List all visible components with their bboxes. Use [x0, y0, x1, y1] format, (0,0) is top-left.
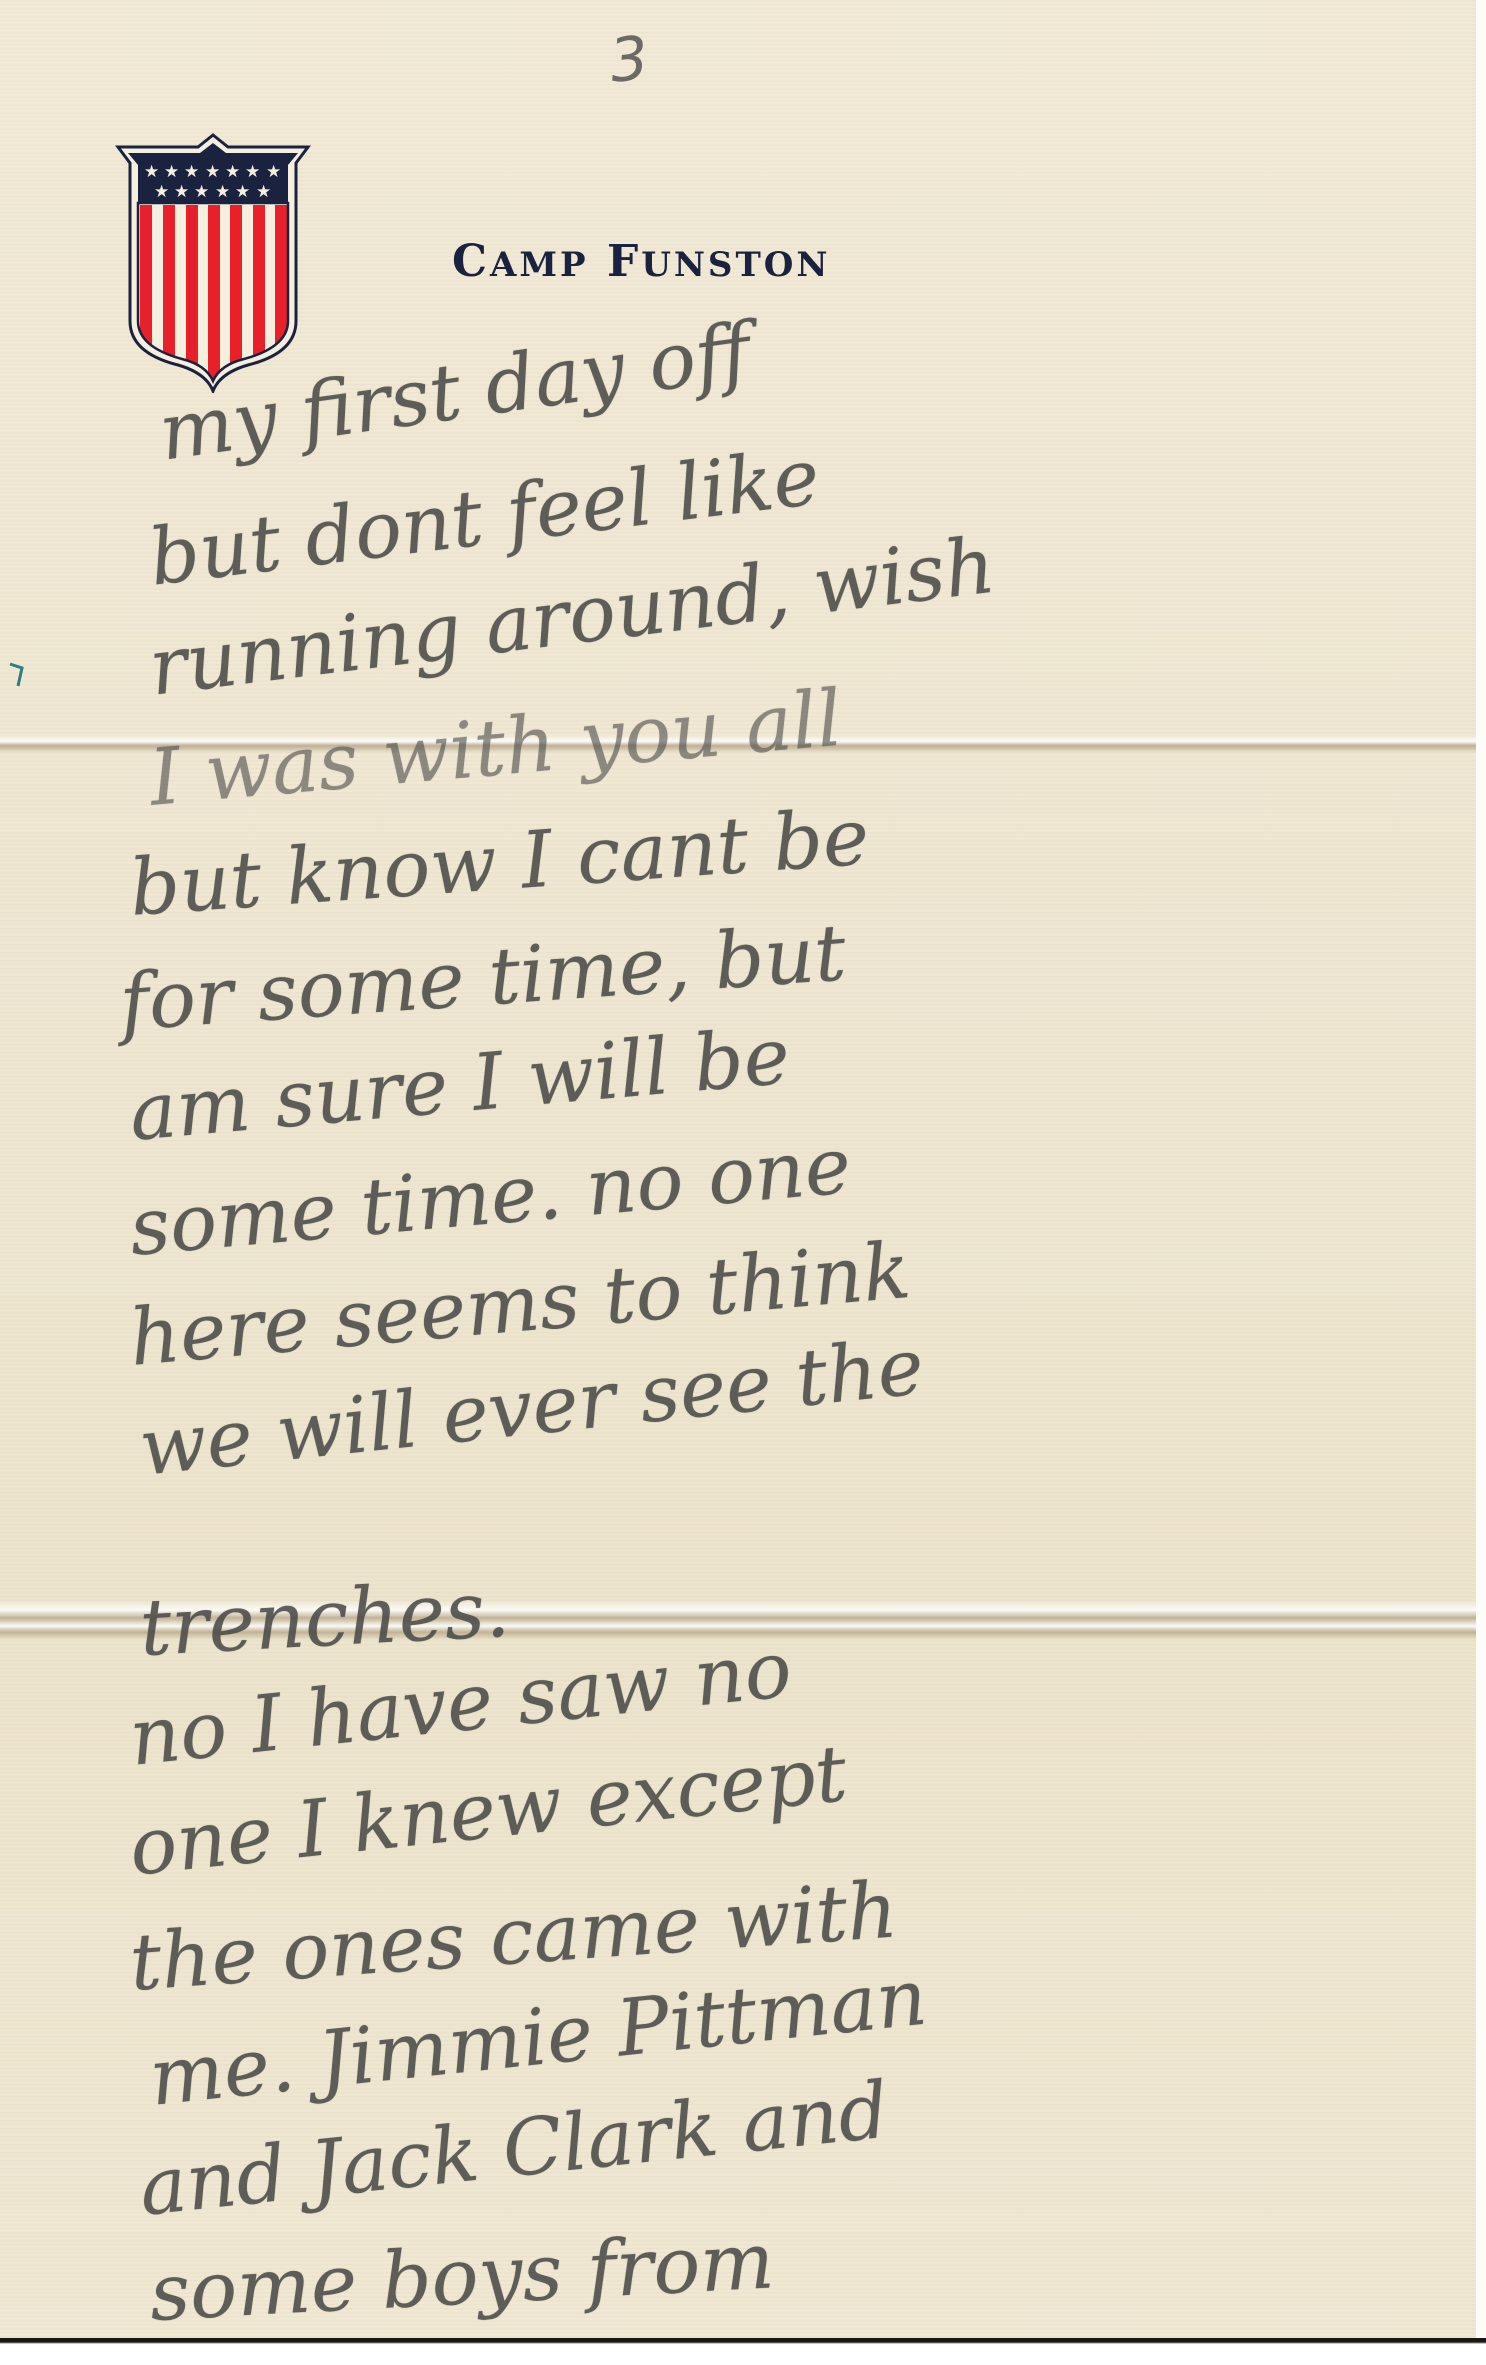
svg-text:★: ★	[235, 182, 250, 202]
svg-text:★: ★	[174, 182, 189, 202]
page-edge	[1476, 0, 1486, 2340]
svg-text:★: ★	[215, 182, 230, 202]
svg-text:★: ★	[266, 162, 281, 182]
svg-text:★: ★	[205, 162, 220, 182]
letterhead-unston: UNSTON	[641, 245, 830, 285]
letterhead-initial-f: F	[607, 236, 641, 287]
svg-text:★: ★	[245, 162, 260, 182]
svg-text:★: ★	[225, 162, 240, 182]
svg-text:★: ★	[256, 182, 271, 202]
shield-icon: ★★★★★★★ ★★★★★★	[108, 133, 318, 393]
svg-text:★: ★	[184, 162, 199, 182]
svg-text:★: ★	[154, 182, 169, 202]
svg-text:★: ★	[144, 162, 159, 182]
margin-ink-mark	[8, 660, 26, 690]
svg-text:★: ★	[194, 182, 209, 202]
letterhead-initial-c: C	[452, 236, 490, 287]
page-bottom-edge	[0, 2338, 1486, 2365]
svg-text:★: ★	[164, 162, 179, 182]
letterhead-title: CAMP FUNSTON	[452, 236, 830, 287]
page-number: 3	[606, 23, 651, 97]
letterhead-amp: AMP	[490, 245, 589, 285]
